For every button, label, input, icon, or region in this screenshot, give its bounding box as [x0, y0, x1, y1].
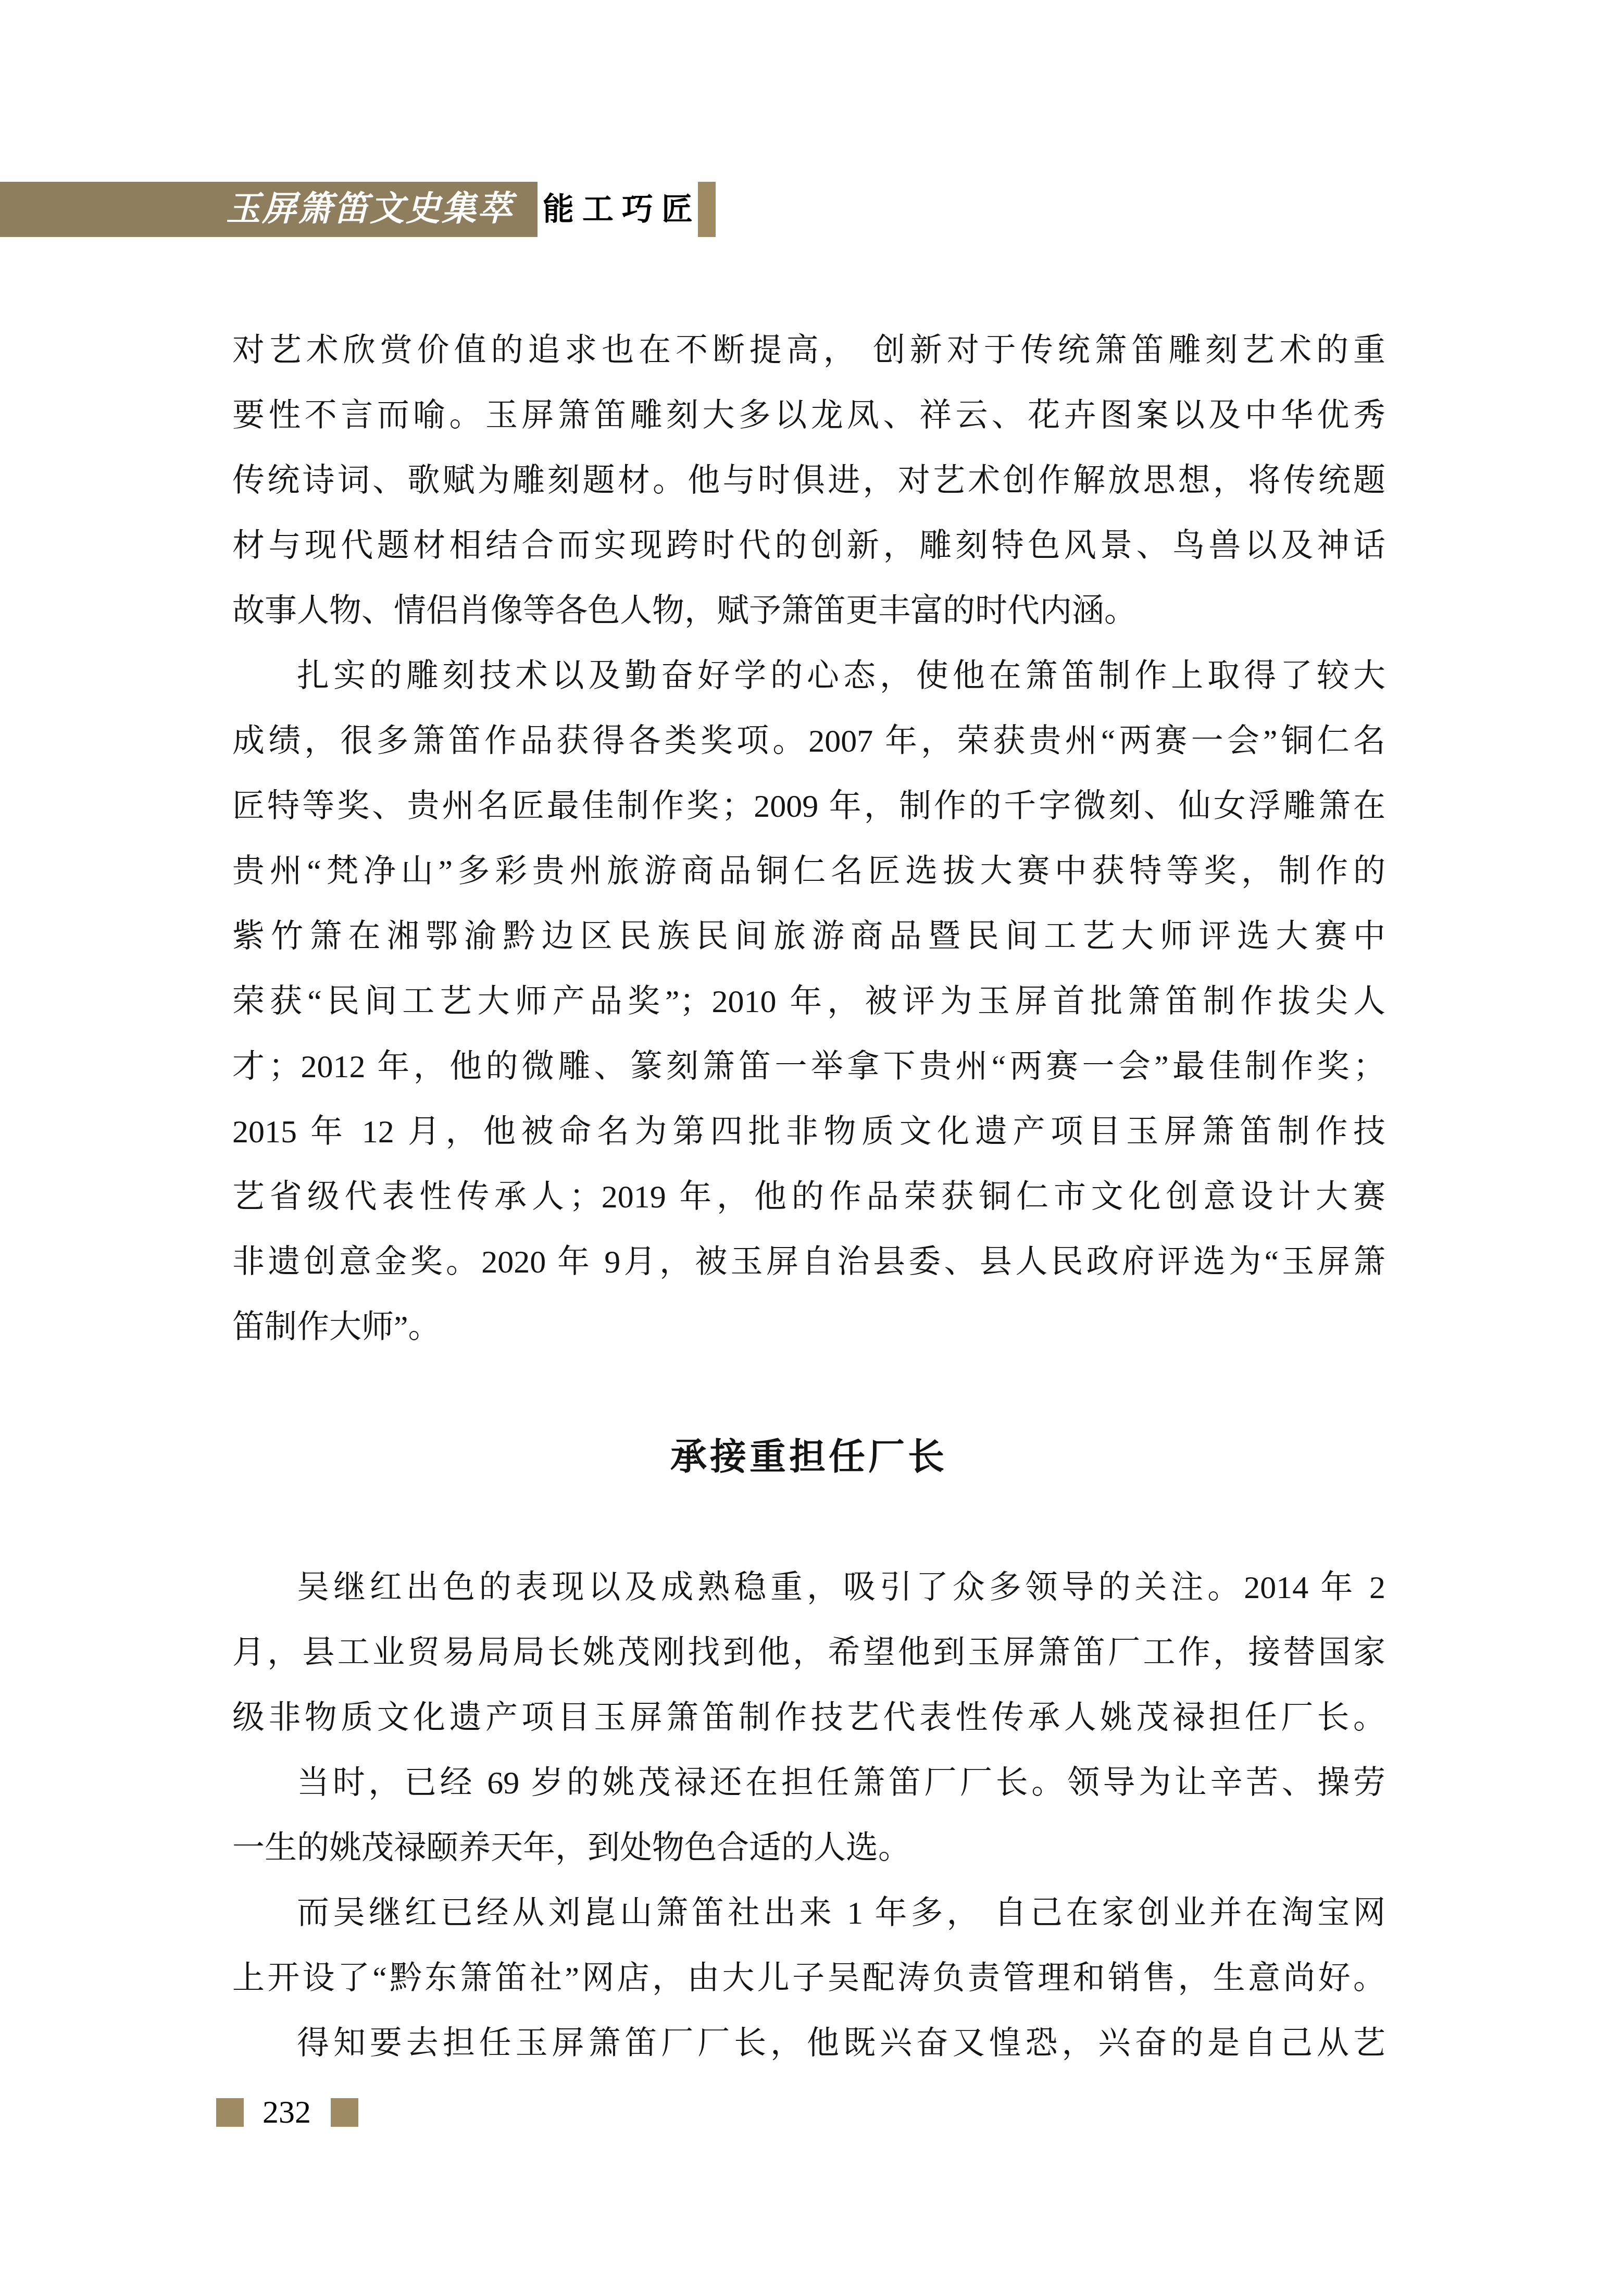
body-line: 故事人物、情侣肖像等各色人物，赋予箫笛更丰富的时代内涵。 [232, 579, 1385, 644]
body-line: 对艺术欣赏价值的追求也在不断提高， 创新对于传统箫笛雕刻艺术的重 [232, 318, 1385, 383]
body-line: 要性不言而喻。玉屏箫笛雕刻大多以龙凤、祥云、花卉图案以及中华优秀 [232, 383, 1385, 448]
body-text-block: 对艺术欣赏价值的追求也在不断提高， 创新对于传统箫笛雕刻艺术的重 要性不言而喻。… [232, 318, 1385, 2076]
body-line: 2015 年 12 月，他被命名为第四批非物质文化遗产项目玉屏箫笛制作技 [232, 1100, 1385, 1165]
header-section-label: 能工巧匠 [543, 182, 701, 237]
body-line: 扎实的雕刻技术以及勤奋好学的心态，使他在箫笛制作上取得了较大 [232, 644, 1385, 709]
body-line: 月，县工业贸易局局长姚茂刚找到他，希望他到玉屏箫笛厂工作，接替国家 [232, 1620, 1385, 1686]
body-line: 贵州“梵净山”多彩贵州旅游商品铜仁名匠选拔大赛中获特等奖，制作的 [232, 839, 1385, 904]
body-line: 才；2012 年，他的微雕、篆刻箫笛一举拿下贵州“两赛一会”最佳制作奖； [232, 1034, 1385, 1100]
footer-right-square [331, 2098, 358, 2127]
body-line: 上开设了“黔东箫笛社”网店，由大儿子吴配涛负责管理和销售，生意尚好。 [232, 1946, 1385, 2011]
body-line: 得知要去担任玉屏箫笛厂厂长，他既兴奋又惶恐，兴奋的是自己从艺 [232, 2011, 1385, 2076]
body-line: 紫竹箫在湘鄂渝黔边区民族民间旅游商品暨民间工艺大师评选大赛中 [232, 904, 1385, 969]
body-line: 传统诗词、歌赋为雕刻题材。他与时俱进，对艺术创作解放思想，将传统题 [232, 448, 1385, 514]
section-heading: 承接重担任厂长 [232, 1425, 1385, 1490]
page-number: 232 [252, 2084, 322, 2141]
header-accent-square [698, 182, 716, 237]
body-line: 艺省级代表性传承人；2019 年，他的作品荣获铜仁市文化创意设计大赛 [232, 1165, 1385, 1230]
body-line: 成绩，很多箫笛作品获得各类奖项。2007 年，荣获贵州“两赛一会”铜仁名 [232, 709, 1385, 774]
body-line: 匠特等奖、贵州名匠最佳制作奖；2009 年，制作的千字微刻、仙女浮雕箫在 [232, 774, 1385, 839]
book-page: 玉屏箫笛文史集萃 能工巧匠 对艺术欣赏价值的追求也在不断提高， 创新对于传统箫笛… [0, 0, 1624, 2269]
body-line: 当时，已经 69 岁的姚茂禄还在担任箫笛厂厂长。领导为让辛苦、操劳 [232, 1751, 1385, 1816]
header-banner-band: 玉屏箫笛文史集萃 [0, 182, 538, 237]
body-line: 而吴继红已经从刘崑山箫笛社出来 1 年多， 自己在家创业并在淘宝网 [232, 1881, 1385, 1946]
banner-calligraphy-title: 玉屏箫笛文史集萃 [219, 182, 521, 237]
body-line: 笛制作大师”。 [232, 1295, 1385, 1360]
body-line: 吴继红出色的表现以及成熟稳重，吸引了众多领导的关注。2014 年 2 [232, 1555, 1385, 1620]
body-line: 级非物质文化遗产项目玉屏箫笛制作技艺代表性传承人姚茂禄担任厂长。 [232, 1686, 1385, 1751]
body-line: 荣获“民间工艺大师产品奖”；2010 年，被评为玉屏首批箫笛制作拔尖人 [232, 969, 1385, 1034]
body-line: 非遗创意金奖。2020 年 9月，被玉屏自治县委、县人民政府评选为“玉屏箫 [232, 1230, 1385, 1295]
body-line: 材与现代题材相结合而实现跨时代的创新，雕刻特色风景、鸟兽以及神话 [232, 514, 1385, 579]
body-line: 一生的姚茂禄颐养天年，到处物色合适的人选。 [232, 1816, 1385, 1881]
footer-left-square [216, 2098, 244, 2127]
